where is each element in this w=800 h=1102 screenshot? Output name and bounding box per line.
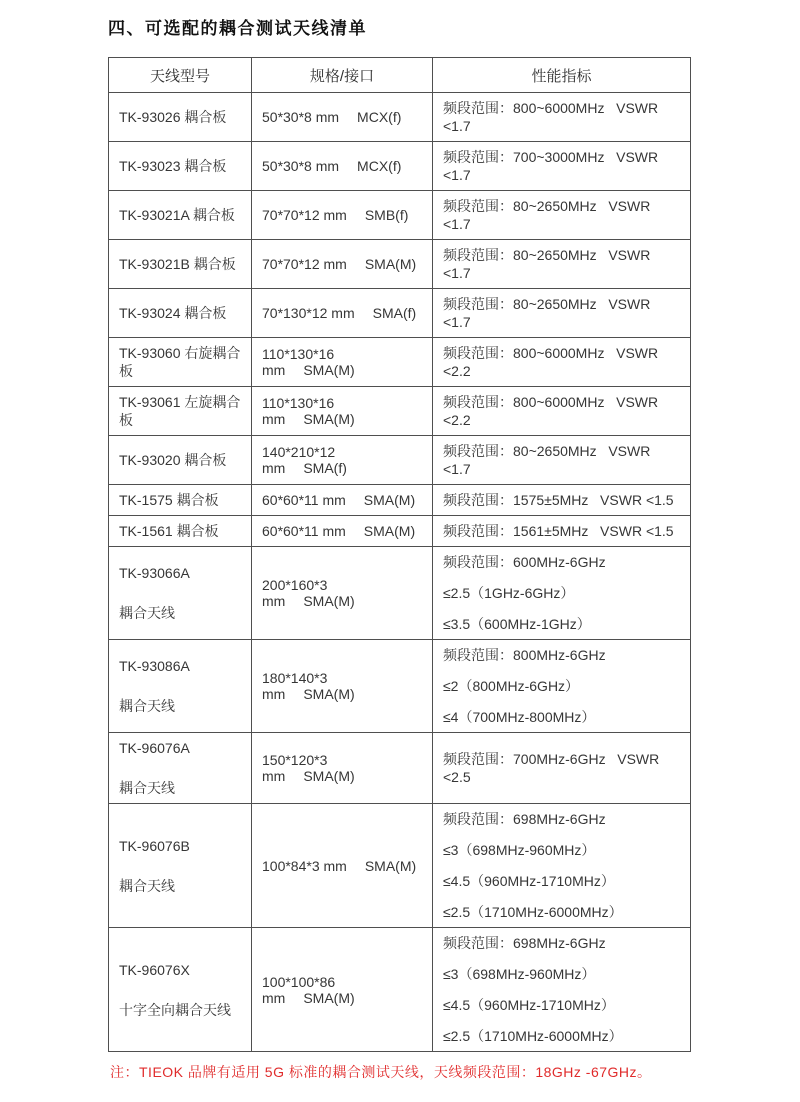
model-line: 耦合天线 (119, 779, 241, 797)
perf-line: ≤2.5（1710MHz-6000MHz） (443, 1027, 680, 1045)
spec-cell: 180*140*3 mmSMA(M) (252, 640, 433, 733)
perf-line: 频段范围：800~6000MHz VSWR <1.7 (443, 99, 680, 135)
model-cell: TK-93021A 耦合板 (109, 191, 252, 240)
spec-connector: SMA(M) (364, 523, 415, 539)
footnote: 注：TIEOK 品牌有适用 5G 标准的耦合测试天线，天线频段范围：18GHz … (110, 1062, 800, 1082)
perf-cell: 频段范围：800~6000MHz VSWR <2.2 (433, 338, 691, 387)
model-cell: TK-93061 左旋耦合板 (109, 387, 252, 436)
page-title: 四、可选配的耦合测试天线清单 (108, 14, 800, 39)
spec-connector: SMA(M) (303, 362, 354, 378)
spec-size: 50*30*8 mm (262, 158, 339, 174)
model-cell: TK-93024 耦合板 (109, 289, 252, 338)
perf-cell: 频段范围：698MHz-6GHz≤3（698MHz-960MHz）≤4.5（96… (433, 928, 691, 1052)
perf-line: 频段范围：700MHz-6GHz VSWR <2.5 (443, 750, 680, 786)
perf-line: ≤2.5（1GHz-6GHz） (443, 584, 680, 602)
spec-connector: MCX(f) (357, 158, 401, 174)
spec-cell: 70*70*12 mmSMB(f) (252, 191, 433, 240)
perf-line: 频段范围：800~6000MHz VSWR <2.2 (443, 344, 680, 380)
model-line: TK-93086A (119, 657, 241, 675)
model-cell: TK-93066A耦合天线 (109, 547, 252, 640)
perf-line: 频段范围：698MHz-6GHz (443, 810, 680, 828)
model-cell: TK-93026 耦合板 (109, 93, 252, 142)
model-line: TK-96076X (119, 961, 241, 979)
header-performance: 性能指标 (433, 58, 691, 93)
model-line: TK-93060 右旋耦合板 (119, 344, 241, 380)
model-cell: TK-93020 耦合板 (109, 436, 252, 485)
model-line: TK-93061 左旋耦合板 (119, 393, 241, 429)
model-line: TK-96076A (119, 739, 241, 757)
perf-line: 频段范围：698MHz-6GHz (443, 934, 680, 952)
model-cell: TK-93086A耦合天线 (109, 640, 252, 733)
spec-connector: SMA(M) (365, 256, 416, 272)
model-line: TK-96076B (119, 837, 241, 855)
table-row: TK-93020 耦合板140*210*12 mmSMA(f)频段范围：80~2… (109, 436, 691, 485)
table-row: TK-93086A耦合天线180*140*3 mmSMA(M)频段范围：800M… (109, 640, 691, 733)
perf-line: 频段范围：80~2650MHz VSWR <1.7 (443, 246, 680, 282)
spec-cell: 60*60*11 mmSMA(M) (252, 485, 433, 516)
model-line: TK-93021B 耦合板 (119, 255, 241, 273)
spec-size: 60*60*11 mm (262, 523, 346, 539)
perf-cell: 频段范围：700~3000MHz VSWR <1.7 (433, 142, 691, 191)
spec-connector: SMB(f) (365, 207, 409, 223)
spec-connector: MCX(f) (357, 109, 401, 125)
spec-connector: SMA(M) (303, 686, 354, 702)
perf-cell: 频段范围：80~2650MHz VSWR <1.7 (433, 436, 691, 485)
model-line: TK-93023 耦合板 (119, 157, 241, 175)
spec-cell: 100*100*86 mmSMA(M) (252, 928, 433, 1052)
table-row: TK-1575 耦合板60*60*11 mmSMA(M)频段范围：1575±5M… (109, 485, 691, 516)
spec-connector: SMA(M) (303, 411, 354, 427)
document-page: 四、可选配的耦合测试天线清单 天线型号 规格/接口 性能指标 TK-93026 … (0, 0, 800, 1102)
model-cell: TK-93023 耦合板 (109, 142, 252, 191)
model-line: TK-1575 耦合板 (119, 491, 241, 509)
table-row: TK-96076X十字全向耦合天线100*100*86 mmSMA(M)频段范围… (109, 928, 691, 1052)
spec-connector: SMA(M) (303, 990, 354, 1006)
perf-cell: 频段范围：1561±5MHz VSWR <1.5 (433, 516, 691, 547)
model-line: TK-93066A (119, 564, 241, 582)
model-line: TK-93024 耦合板 (119, 304, 241, 322)
spec-size: 100*84*3 mm (262, 858, 347, 874)
spec-cell: 200*160*3 mmSMA(M) (252, 547, 433, 640)
table-row: TK-1561 耦合板60*60*11 mmSMA(M)频段范围：1561±5M… (109, 516, 691, 547)
perf-line: ≤4.5（960MHz-1710MHz） (443, 872, 680, 890)
perf-cell: 频段范围：800~6000MHz VSWR <2.2 (433, 387, 691, 436)
perf-line: ≤4.5（960MHz-1710MHz） (443, 996, 680, 1014)
perf-line: 频段范围：800MHz-6GHz (443, 646, 680, 664)
perf-line: 频段范围：1561±5MHz VSWR <1.5 (443, 522, 680, 540)
spec-cell: 50*30*8 mmMCX(f) (252, 93, 433, 142)
spec-cell: 140*210*12 mmSMA(f) (252, 436, 433, 485)
table-row: TK-93021B 耦合板70*70*12 mmSMA(M)频段范围：80~26… (109, 240, 691, 289)
table-row: TK-93066A耦合天线200*160*3 mmSMA(M)频段范围：600M… (109, 547, 691, 640)
antenna-table: 天线型号 规格/接口 性能指标 TK-93026 耦合板50*30*8 mmMC… (108, 57, 691, 1052)
perf-line: ≤2.5（1710MHz-6000MHz） (443, 903, 680, 921)
perf-line: ≤3.5（600MHz-1GHz） (443, 615, 680, 633)
perf-cell: 频段范围：700MHz-6GHz VSWR <2.5 (433, 733, 691, 804)
perf-cell: 频段范围：80~2650MHz VSWR <1.7 (433, 289, 691, 338)
perf-cell: 频段范围：600MHz-6GHz≤2.5（1GHz-6GHz）≤3.5（600M… (433, 547, 691, 640)
spec-connector: SMA(M) (303, 768, 354, 784)
table-row: TK-93026 耦合板50*30*8 mmMCX(f)频段范围：800~600… (109, 93, 691, 142)
perf-cell: 频段范围：800~6000MHz VSWR <1.7 (433, 93, 691, 142)
perf-cell: 频段范围：698MHz-6GHz≤3（698MHz-960MHz）≤4.5（96… (433, 804, 691, 928)
table-body: TK-93026 耦合板50*30*8 mmMCX(f)频段范围：800~600… (109, 93, 691, 1052)
model-cell: TK-93021B 耦合板 (109, 240, 252, 289)
model-line: TK-93026 耦合板 (119, 108, 241, 126)
model-cell: TK-96076A耦合天线 (109, 733, 252, 804)
perf-cell: 频段范围：1575±5MHz VSWR <1.5 (433, 485, 691, 516)
table-row: TK-93061 左旋耦合板110*130*16 mmSMA(M)频段范围：80… (109, 387, 691, 436)
spec-size: 70*130*12 mm (262, 305, 355, 321)
spec-cell: 110*130*16 mmSMA(M) (252, 338, 433, 387)
model-cell: TK-96076B耦合天线 (109, 804, 252, 928)
table-header-row: 天线型号 规格/接口 性能指标 (109, 58, 691, 93)
perf-line: ≤3（698MHz-960MHz） (443, 841, 680, 859)
model-line: 耦合天线 (119, 604, 241, 622)
spec-connector: SMA(M) (365, 858, 416, 874)
perf-line: 频段范围：80~2650MHz VSWR <1.7 (443, 442, 680, 478)
spec-size: 70*70*12 mm (262, 207, 347, 223)
spec-size: 60*60*11 mm (262, 492, 346, 508)
model-line: TK-93020 耦合板 (119, 451, 241, 469)
model-cell: TK-1575 耦合板 (109, 485, 252, 516)
model-cell: TK-1561 耦合板 (109, 516, 252, 547)
spec-cell: 70*70*12 mmSMA(M) (252, 240, 433, 289)
table-row: TK-93060 右旋耦合板110*130*16 mmSMA(M)频段范围：80… (109, 338, 691, 387)
model-cell: TK-93060 右旋耦合板 (109, 338, 252, 387)
perf-line: 频段范围：80~2650MHz VSWR <1.7 (443, 197, 680, 233)
model-line: 耦合天线 (119, 877, 241, 895)
perf-cell: 频段范围：80~2650MHz VSWR <1.7 (433, 191, 691, 240)
spec-connector: SMA(f) (303, 460, 347, 476)
table-row: TK-93023 耦合板50*30*8 mmMCX(f)频段范围：700~300… (109, 142, 691, 191)
table-row: TK-93021A 耦合板70*70*12 mmSMB(f)频段范围：80~26… (109, 191, 691, 240)
header-antenna-model: 天线型号 (109, 58, 252, 93)
model-line: 十字全向耦合天线 (119, 1001, 241, 1019)
perf-line: ≤4（700MHz-800MHz） (443, 708, 680, 726)
perf-line: 频段范围：800~6000MHz VSWR <2.2 (443, 393, 680, 429)
model-line: TK-93021A 耦合板 (119, 206, 241, 224)
spec-cell: 70*130*12 mmSMA(f) (252, 289, 433, 338)
spec-cell: 100*84*3 mmSMA(M) (252, 804, 433, 928)
spec-cell: 150*120*3 mmSMA(M) (252, 733, 433, 804)
perf-line: 频段范围：1575±5MHz VSWR <1.5 (443, 491, 680, 509)
model-line: 耦合天线 (119, 697, 241, 715)
perf-line: 频段范围：600MHz-6GHz (443, 553, 680, 571)
table-row: TK-96076A耦合天线150*120*3 mmSMA(M)频段范围：700M… (109, 733, 691, 804)
model-cell: TK-96076X十字全向耦合天线 (109, 928, 252, 1052)
perf-line: 频段范围：700~3000MHz VSWR <1.7 (443, 148, 680, 184)
perf-line: 频段范围：80~2650MHz VSWR <1.7 (443, 295, 680, 331)
table-row: TK-93024 耦合板70*130*12 mmSMA(f)频段范围：80~26… (109, 289, 691, 338)
spec-size: 50*30*8 mm (262, 109, 339, 125)
spec-connector: SMA(M) (303, 593, 354, 609)
perf-cell: 频段范围：80~2650MHz VSWR <1.7 (433, 240, 691, 289)
perf-cell: 频段范围：800MHz-6GHz≤2（800MHz-6GHz）≤4（700MHz… (433, 640, 691, 733)
spec-cell: 60*60*11 mmSMA(M) (252, 516, 433, 547)
header-spec-interface: 规格/接口 (252, 58, 433, 93)
table-row: TK-96076B耦合天线100*84*3 mmSMA(M)频段范围：698MH… (109, 804, 691, 928)
spec-cell: 50*30*8 mmMCX(f) (252, 142, 433, 191)
spec-connector: SMA(f) (373, 305, 417, 321)
spec-cell: 110*130*16 mmSMA(M) (252, 387, 433, 436)
spec-connector: SMA(M) (364, 492, 415, 508)
model-line: TK-1561 耦合板 (119, 522, 241, 540)
spec-size: 70*70*12 mm (262, 256, 347, 272)
perf-line: ≤2（800MHz-6GHz） (443, 677, 680, 695)
perf-line: ≤3（698MHz-960MHz） (443, 965, 680, 983)
